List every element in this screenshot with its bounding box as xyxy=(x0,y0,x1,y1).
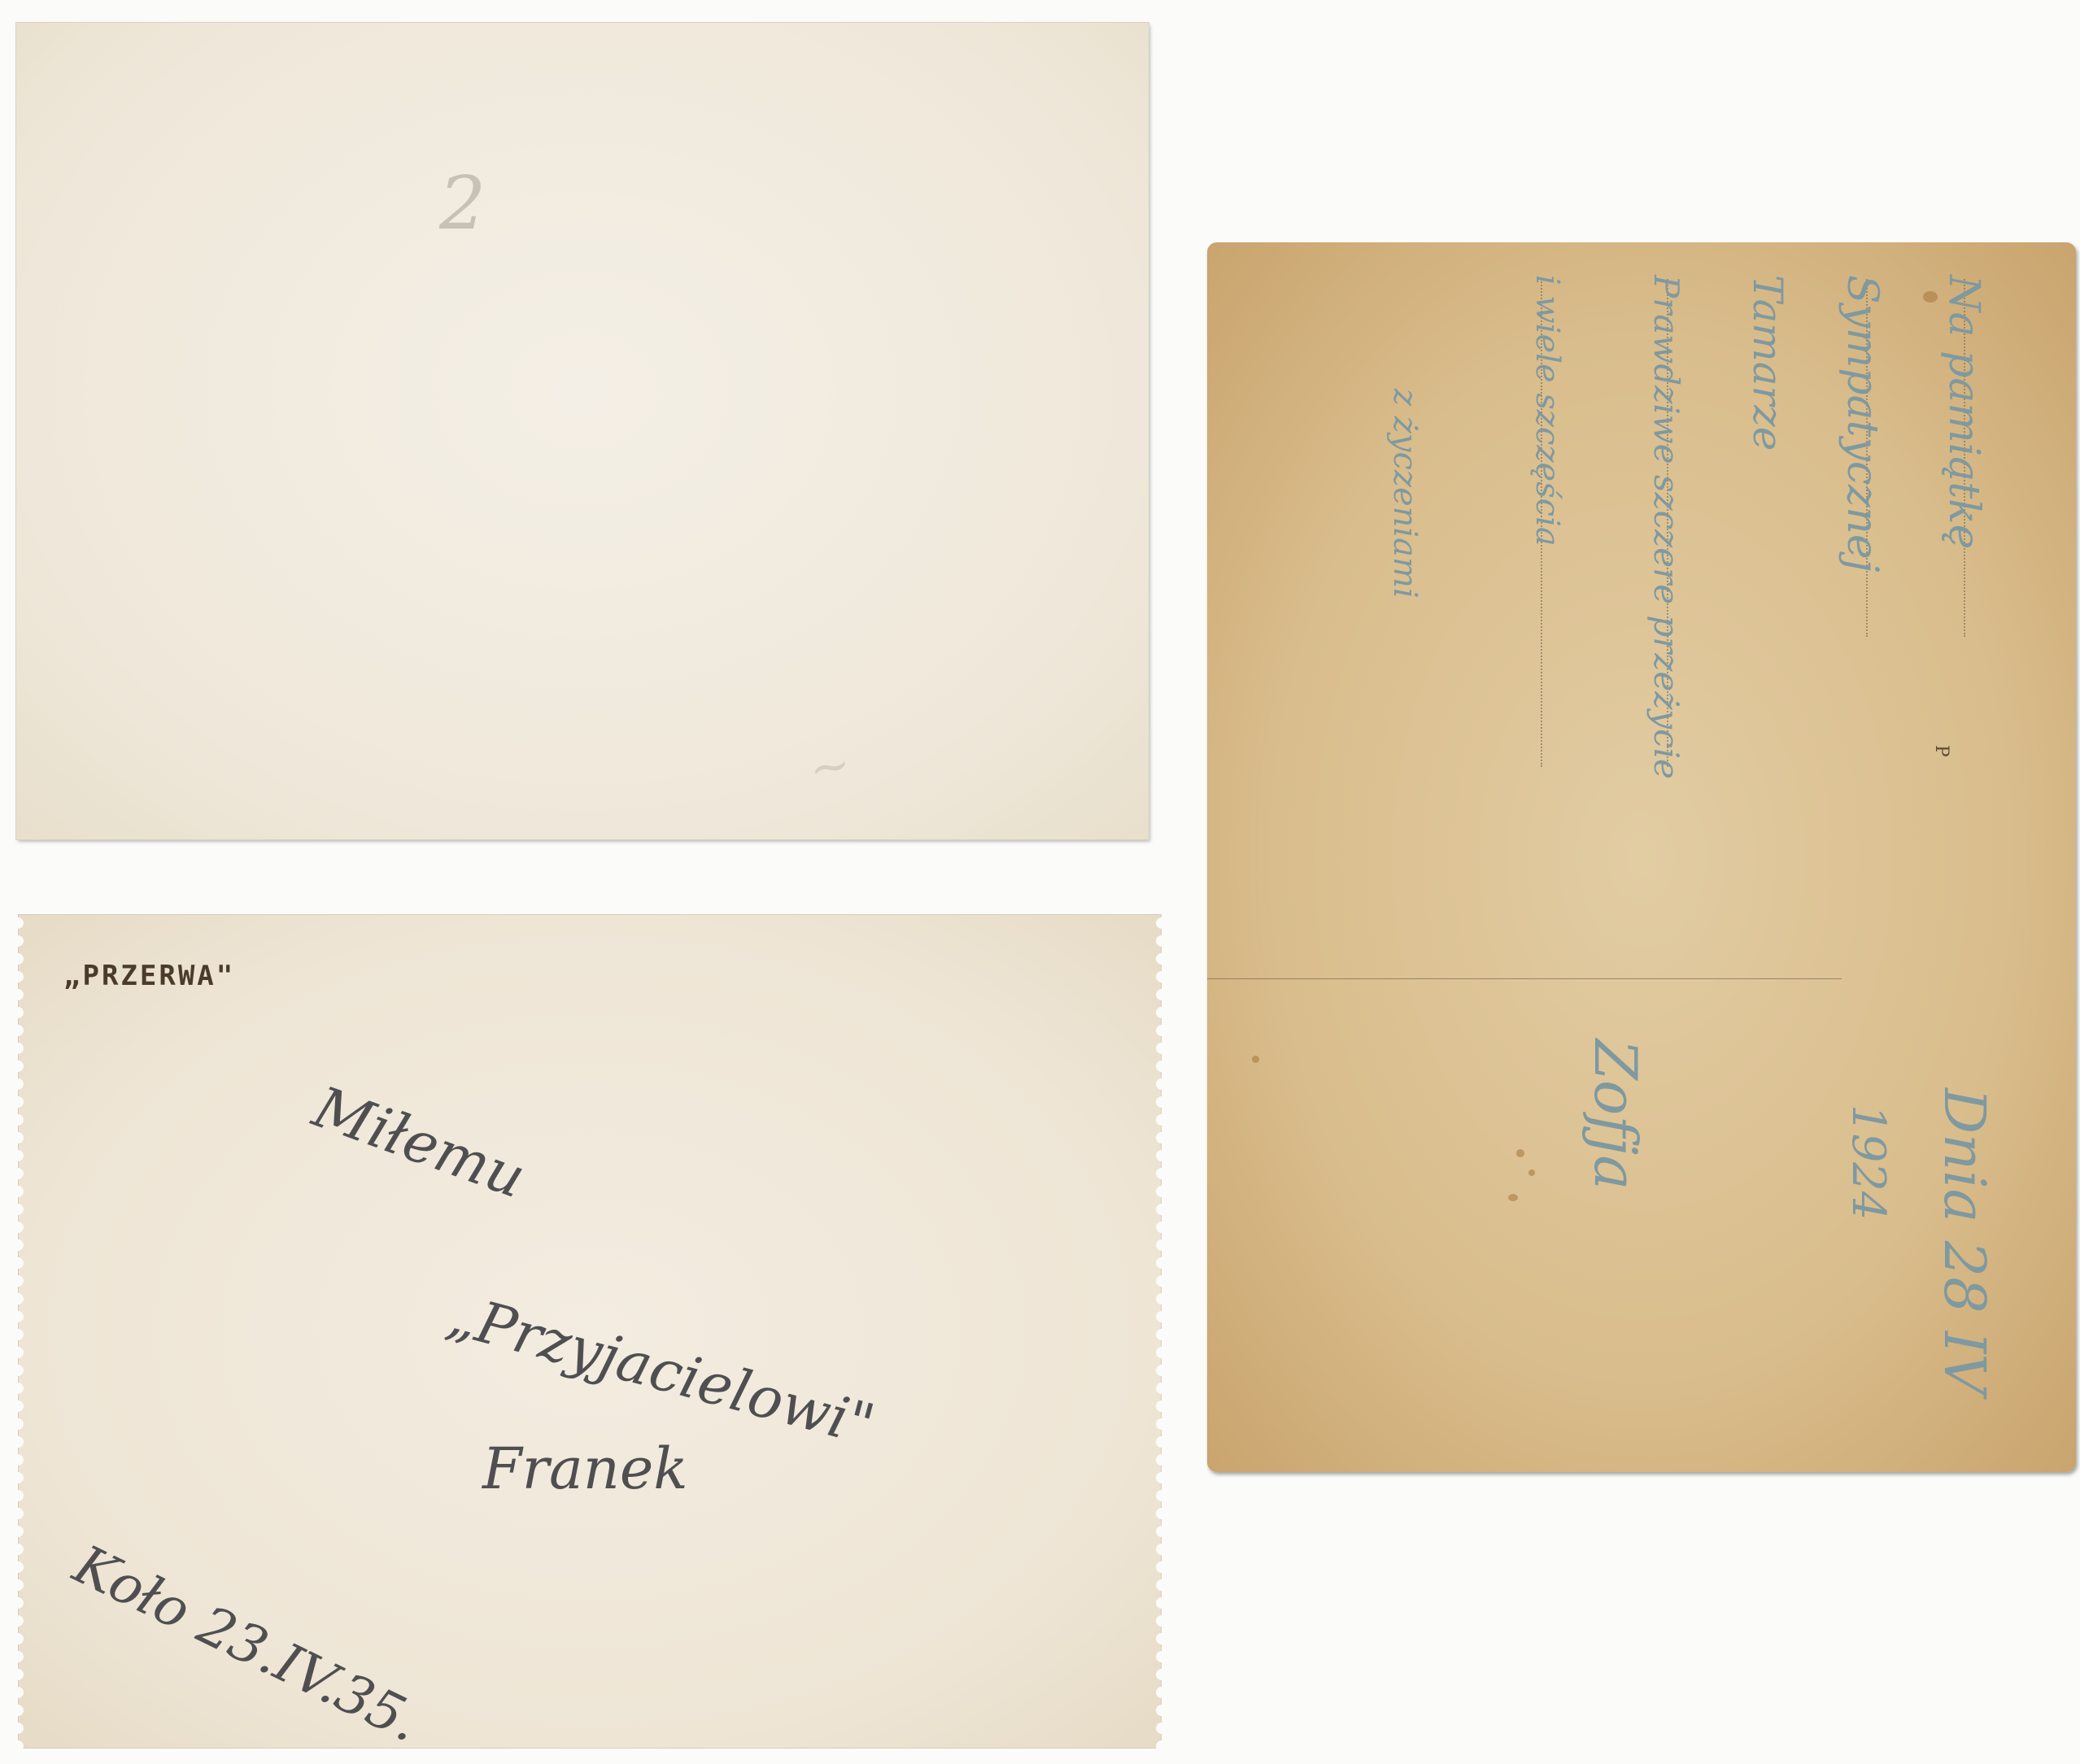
dedicated-photo-back: „PRZERWA" Miłemu „Przyjacielowi" Franek … xyxy=(18,914,1162,1749)
stain xyxy=(1528,1169,1535,1176)
blank-photo-back: 2 ~ xyxy=(16,23,1149,839)
stain xyxy=(1923,291,1938,303)
faint-pencil-mark: ~ xyxy=(805,735,855,799)
signature: Franek xyxy=(482,1435,688,1502)
postcard-line: Prawdziwe szczere przeżycie xyxy=(1646,275,1686,779)
postcard-line: z życzeniami xyxy=(1386,389,1424,599)
postcard-date: Dnia 28 IV xyxy=(1931,1088,1998,1395)
postcard-back: Na pamiątkę Sympatycznej Tamarze Prawdzi… xyxy=(1207,242,2076,1472)
stain xyxy=(1516,1149,1524,1157)
postcard-year: 1924 xyxy=(1842,1104,1895,1221)
postcard-signature: Zofja xyxy=(1581,1039,1650,1190)
stain xyxy=(1508,1194,1518,1201)
dedication-line-1: Miłemu xyxy=(305,1074,534,1211)
dedication-line-2: „Przyjacielowi" xyxy=(441,1281,882,1459)
postcard-line: i wiele szczęścia xyxy=(1528,275,1566,547)
postcard-line: Tamarze xyxy=(1744,275,1791,451)
pencil-number: 2 xyxy=(439,161,486,246)
address-divider xyxy=(1207,978,1842,979)
postcard-line: Na pamiątkę xyxy=(1939,275,1988,549)
stain xyxy=(1252,1056,1259,1063)
publisher-mark: P xyxy=(1931,745,1951,757)
place-date: Koło 23.IV.35. xyxy=(64,1533,430,1754)
postcard-line: Sympatycznej xyxy=(1838,275,1886,573)
photo-title: „PRZERWA" xyxy=(63,960,235,992)
